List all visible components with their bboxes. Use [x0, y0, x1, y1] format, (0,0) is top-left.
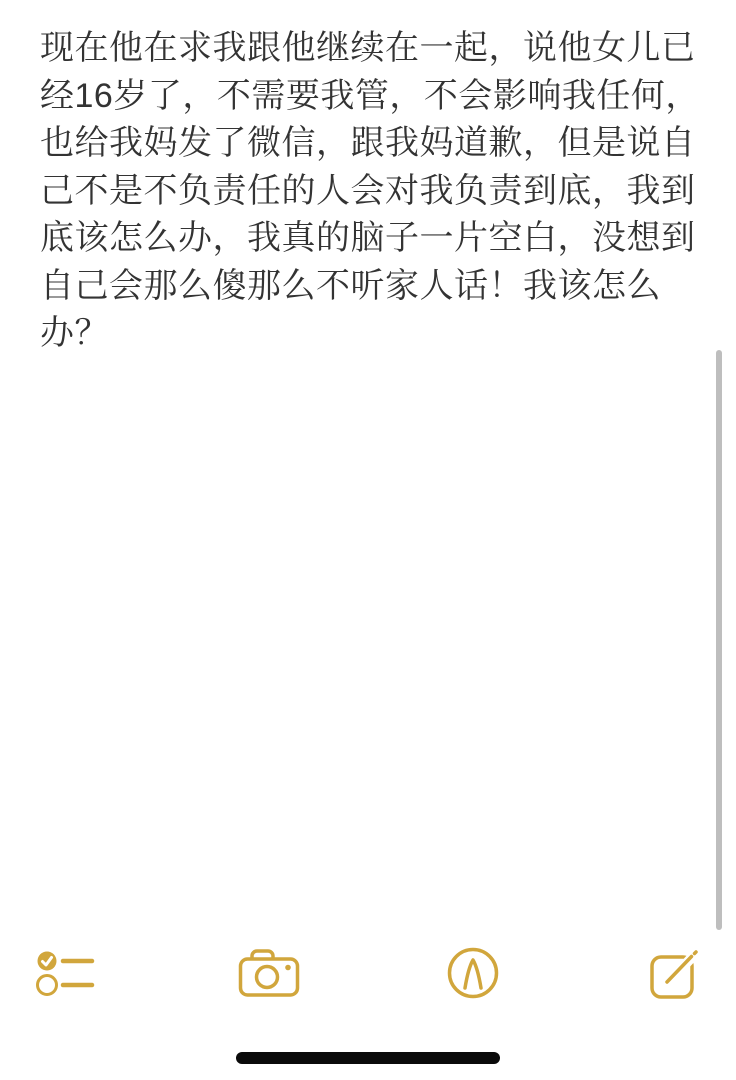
markup-icon [446, 946, 500, 1000]
checklist-icon [36, 949, 96, 997]
note-content[interactable]: 现在他在求我跟他继续在一起，说他女儿已 经16岁了，不需要我管，不会影响我任何，… [40, 25, 700, 358]
camera-button[interactable] [237, 941, 301, 1005]
scrollbar[interactable] [716, 350, 722, 930]
notes-app-screen: 现在他在求我跟他继续在一起，说他女儿已 经16岁了，不需要我管，不会影响我任何，… [0, 0, 736, 1080]
compose-button[interactable] [644, 941, 708, 1005]
compose-icon [648, 945, 704, 1001]
note-text-line: 经16岁了，不需要我管，不会影响我任何， [40, 73, 700, 121]
note-text-line: 也给我妈发了微信，跟我妈道歉，但是说自 [40, 120, 700, 168]
note-text-line: 自己会那么傻那么不听家人话！我该怎么 [40, 263, 700, 311]
checklist-button[interactable] [34, 941, 98, 1005]
note-text-line: 底该怎么办，我真的脑子一片空白，没想到 [40, 215, 700, 263]
markup-button[interactable] [441, 941, 505, 1005]
note-text-line: 己不是不负责任的人会对我负责到底，我到 [40, 168, 700, 216]
bottom-toolbar [0, 938, 736, 1008]
camera-icon [238, 948, 300, 998]
note-text-line: 办？ [40, 310, 700, 358]
note-text-line: 现在他在求我跟他继续在一起，说他女儿已 [40, 25, 700, 73]
home-indicator[interactable] [236, 1052, 500, 1064]
